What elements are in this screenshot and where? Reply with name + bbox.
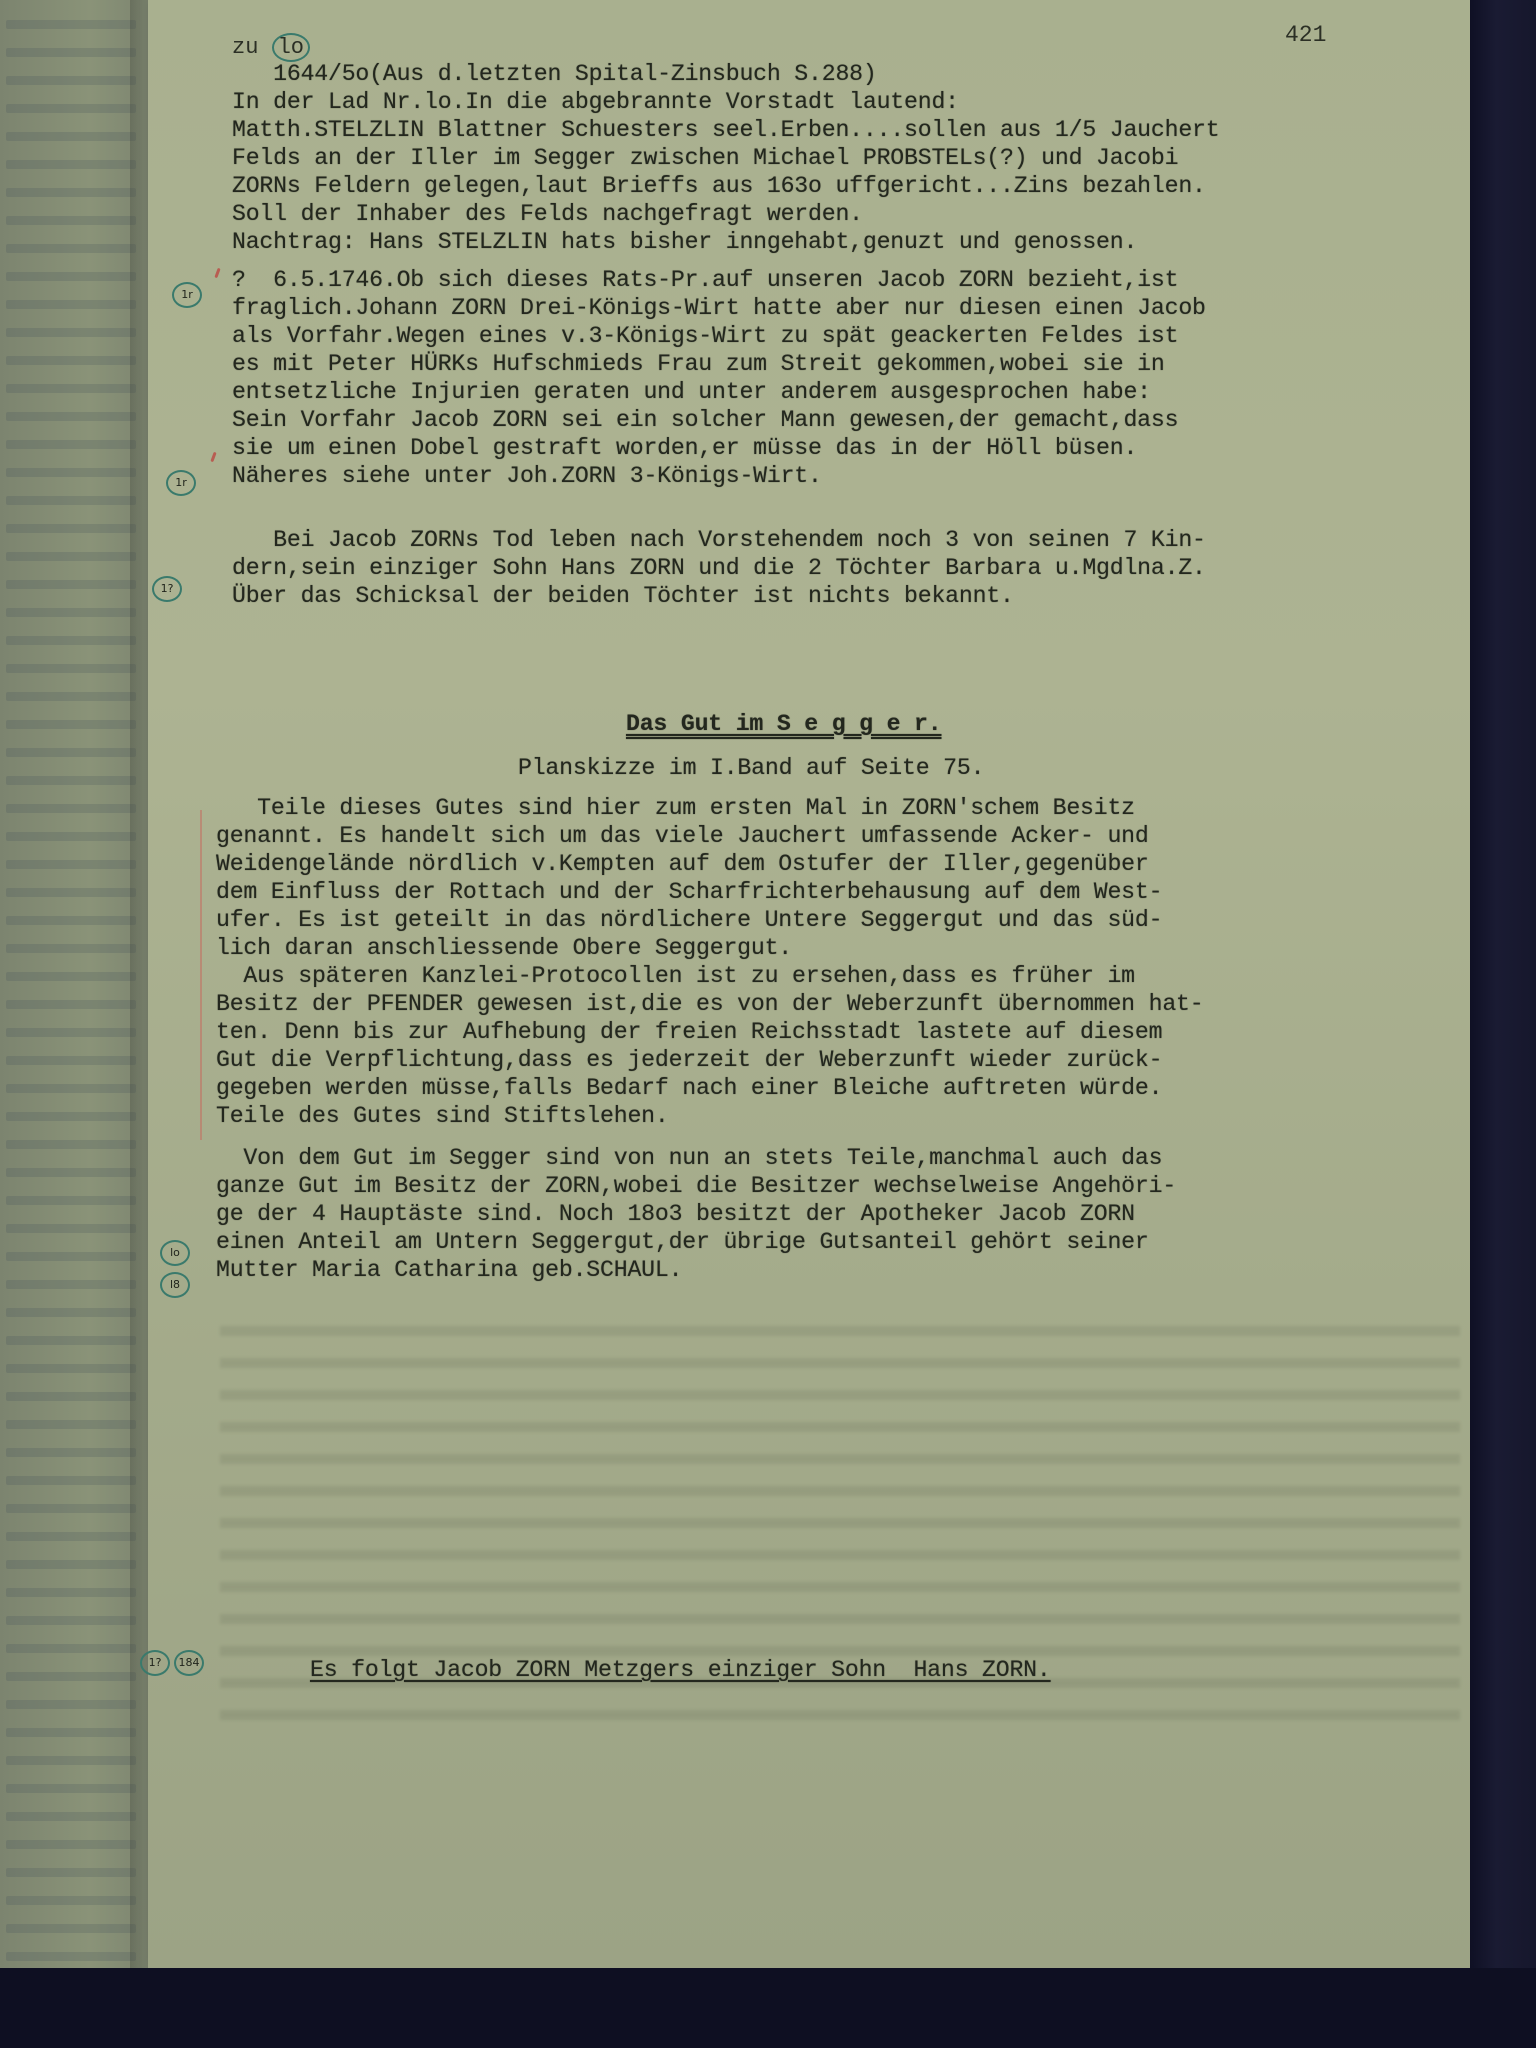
- margin-annotation-icon: 1r: [172, 282, 202, 308]
- text-line: ten. Denn bis zur Aufhebung der freien R…: [216, 1018, 1162, 1046]
- facing-page: [0, 0, 150, 1995]
- facing-page-text-ghost: [6, 1672, 136, 1681]
- text-line: Besitz der PFENDER gewesen ist,die es vo…: [216, 990, 1203, 1018]
- facing-page-text-ghost: [6, 1812, 136, 1821]
- facing-page-text-ghost: [6, 1560, 136, 1569]
- facing-page-text-ghost: [6, 1476, 136, 1485]
- facing-page-text-ghost: [6, 832, 136, 841]
- facing-page-text-ghost: [6, 244, 136, 253]
- facing-page-text-ghost: [6, 1112, 136, 1121]
- facing-page-text-ghost: [6, 1056, 136, 1065]
- text-line: 1644/5o(Aus d.letzten Spital-Zinsbuch S.…: [232, 60, 877, 88]
- facing-page-text-ghost: [6, 1028, 136, 1037]
- margin-annotation-icon: l8: [160, 1272, 190, 1298]
- text-line: Näheres siehe unter Joh.ZORN 3-Königs-Wi…: [232, 462, 822, 490]
- margin-annotation-icon: 184: [174, 1650, 204, 1676]
- margin-annotation-icon: lo: [160, 1240, 190, 1266]
- facing-page-text-ghost: [6, 860, 136, 869]
- facing-page-text-ghost: [6, 720, 136, 729]
- facing-page-text-ghost: [6, 160, 136, 169]
- facing-page-text-ghost: [6, 1084, 136, 1093]
- facing-page-text-ghost: [6, 272, 136, 281]
- facing-page-text-ghost: [6, 1896, 136, 1905]
- text-line: Felds an der Iller im Segger zwischen Mi…: [232, 144, 1178, 172]
- text-line: In der Lad Nr.lo.In die abgebrannte Vors…: [232, 88, 959, 116]
- text-line: Bei Jacob ZORNs Tod leben nach Vorstehen…: [232, 526, 1206, 554]
- facing-page-text-ghost: [6, 1868, 136, 1877]
- text-line: als Vorfahr.Wegen eines v.3-Königs-Wirt …: [232, 322, 1178, 350]
- facing-page-text-ghost: [6, 76, 136, 85]
- facing-page-text-ghost: [6, 748, 136, 757]
- facing-page-text-ghost: [6, 1196, 136, 1205]
- facing-page-text-ghost: [6, 1588, 136, 1597]
- facing-page-text-ghost: [6, 104, 136, 113]
- page-number: 421: [1285, 22, 1326, 48]
- background-below-page: [0, 1968, 1536, 2048]
- facing-page-text-ghost: [6, 1924, 136, 1933]
- facing-page-text-ghost: [6, 888, 136, 897]
- text-line: dern,sein einziger Sohn Hans ZORN und di…: [232, 554, 1206, 582]
- facing-page-text-ghost: [6, 132, 136, 141]
- text-line: ? 6.5.1746.Ob sich dieses Rats-Pr.auf un…: [232, 266, 1178, 294]
- text-line: Teile des Gutes sind Stiftslehen.: [216, 1102, 669, 1130]
- text-line: fraglich.Johann ZORN Drei-Königs-Wirt ha…: [232, 294, 1206, 322]
- facing-page-text-ghost: [6, 1448, 136, 1457]
- margin-annotation-icon: 1?: [152, 576, 182, 602]
- text-line: Von dem Gut im Segger sind von nun an st…: [216, 1144, 1162, 1172]
- page-edge-shadow: [1470, 0, 1536, 2048]
- red-margin-line: [200, 810, 202, 1140]
- text-line: Aus späteren Kanzlei-Protocollen ist zu …: [216, 962, 1135, 990]
- section-title: Das Gut im S e g g e r.: [626, 710, 941, 738]
- text-line: Nachtrag: Hans STELZLIN hats bisher inng…: [232, 228, 1137, 256]
- facing-page-text-ghost: [6, 384, 136, 393]
- facing-page-text-ghost: [6, 636, 136, 645]
- facing-page-text-ghost: [6, 1168, 136, 1177]
- text-line: einen Anteil am Untern Seggergut,der übr…: [216, 1228, 1149, 1256]
- facing-page-text-ghost: [6, 524, 136, 533]
- text-line: Gut die Verpflichtung,dass es jederzeit …: [216, 1046, 1162, 1074]
- facing-page-text-ghost: [6, 1420, 136, 1429]
- facing-page-text-ghost: [6, 496, 136, 505]
- text-line: es mit Peter HÜRKs Hufschmieds Frau zum …: [232, 350, 1165, 378]
- facing-page-text-ghost: [6, 972, 136, 981]
- facing-page-text-ghost: [6, 1840, 136, 1849]
- facing-page-text-ghost: [6, 1280, 136, 1289]
- facing-page-text-ghost: [6, 48, 136, 57]
- facing-page-text-ghost: [6, 1616, 136, 1625]
- facing-page-text-ghost: [6, 412, 136, 421]
- facing-page-text-ghost: [6, 1532, 136, 1541]
- facing-page-text-ghost: [6, 664, 136, 673]
- facing-page-text-ghost: [6, 1952, 136, 1961]
- facing-page-text-ghost: [6, 216, 136, 225]
- text-line: Teile dieses Gutes sind hier zum ersten …: [216, 794, 1135, 822]
- facing-page-text-ghost: [6, 776, 136, 785]
- facing-page-text-ghost: [6, 440, 136, 449]
- facing-page-text-ghost: [6, 804, 136, 813]
- facing-page-text-ghost: [6, 1728, 136, 1737]
- text-line: Weidengelände nördlich v.Kempten auf dem…: [216, 850, 1149, 878]
- closing-line: Es folgt Jacob ZORN Metzgers einziger So…: [310, 1656, 1051, 1684]
- text-line: Matth.STELZLIN Blattner Schuesters seel.…: [232, 116, 1219, 144]
- reference-marker: zu lo: [232, 35, 310, 60]
- text-line: dem Einfluss der Rottach und der Scharfr…: [216, 878, 1162, 906]
- facing-page-text-ghost: [6, 356, 136, 365]
- facing-page-text-ghost: [6, 1504, 136, 1513]
- facing-page-text-ghost: [6, 1336, 136, 1345]
- facing-page-text-ghost: [6, 1392, 136, 1401]
- facing-page-text-ghost: [6, 328, 136, 337]
- text-line: Über das Schicksal der beiden Töchter is…: [232, 582, 1014, 610]
- facing-page-text-ghost: [6, 468, 136, 477]
- text-line: genannt. Es handelt sich um das viele Ja…: [216, 822, 1149, 850]
- facing-page-text-ghost: [6, 1252, 136, 1261]
- facing-page-text-ghost: [6, 1140, 136, 1149]
- facing-page-text-ghost: [6, 916, 136, 925]
- text-line: Mutter Maria Catharina geb.SCHAUL.: [216, 1256, 682, 1284]
- text-line: lich daran anschliessende Obere Seggergu…: [216, 934, 792, 962]
- margin-annotation-icon: 1r: [166, 470, 196, 496]
- text-line: entsetzliche Injurien geraten und unter …: [232, 378, 1151, 406]
- facing-page-text-ghost: [6, 300, 136, 309]
- facing-page-text-ghost: [6, 1784, 136, 1793]
- margin-annotation-icon: 1?: [140, 1650, 170, 1676]
- facing-page-text-ghost: [6, 1700, 136, 1709]
- text-line: Soll der Inhaber des Felds nachgefragt w…: [232, 200, 863, 228]
- text-line: ufer. Es ist geteilt in das nördlichere …: [216, 906, 1162, 934]
- facing-page-text-ghost: [6, 944, 136, 953]
- facing-page-text-ghost: [6, 1308, 136, 1317]
- text-line: ganze Gut im Besitz der ZORN,wobei die B…: [216, 1172, 1176, 1200]
- facing-page-text-ghost: [6, 1364, 136, 1373]
- reference-prefix: zu: [232, 35, 258, 60]
- text-line: ZORNs Feldern gelegen,laut Brieffs aus 1…: [232, 172, 1206, 200]
- facing-page-text-ghost: [6, 1644, 136, 1653]
- facing-page-text-ghost: [6, 552, 136, 561]
- facing-page-text-ghost: [6, 608, 136, 617]
- facing-page-text-ghost: [6, 580, 136, 589]
- reference-circled-number: lo: [272, 33, 310, 62]
- text-line: gegeben werden müsse,falls Bedarf nach e…: [216, 1074, 1162, 1102]
- facing-page-text-ghost: [6, 188, 136, 197]
- facing-page-text-ghost: [6, 1756, 136, 1765]
- text-line: Sein Vorfahr Jacob ZORN sei ein solcher …: [232, 406, 1178, 434]
- text-line: ge der 4 Hauptäste sind. Noch 18o3 besit…: [216, 1200, 1135, 1228]
- text-line: sie um einen Dobel gestraft worden,er mü…: [232, 434, 1137, 462]
- facing-page-text-ghost: [6, 1224, 136, 1233]
- facing-page-text-ghost: [6, 1000, 136, 1009]
- facing-page-text-ghost: [6, 20, 136, 29]
- facing-page-text-ghost: [6, 692, 136, 701]
- section-subtitle: Planskizze im I.Band auf Seite 75.: [518, 754, 984, 782]
